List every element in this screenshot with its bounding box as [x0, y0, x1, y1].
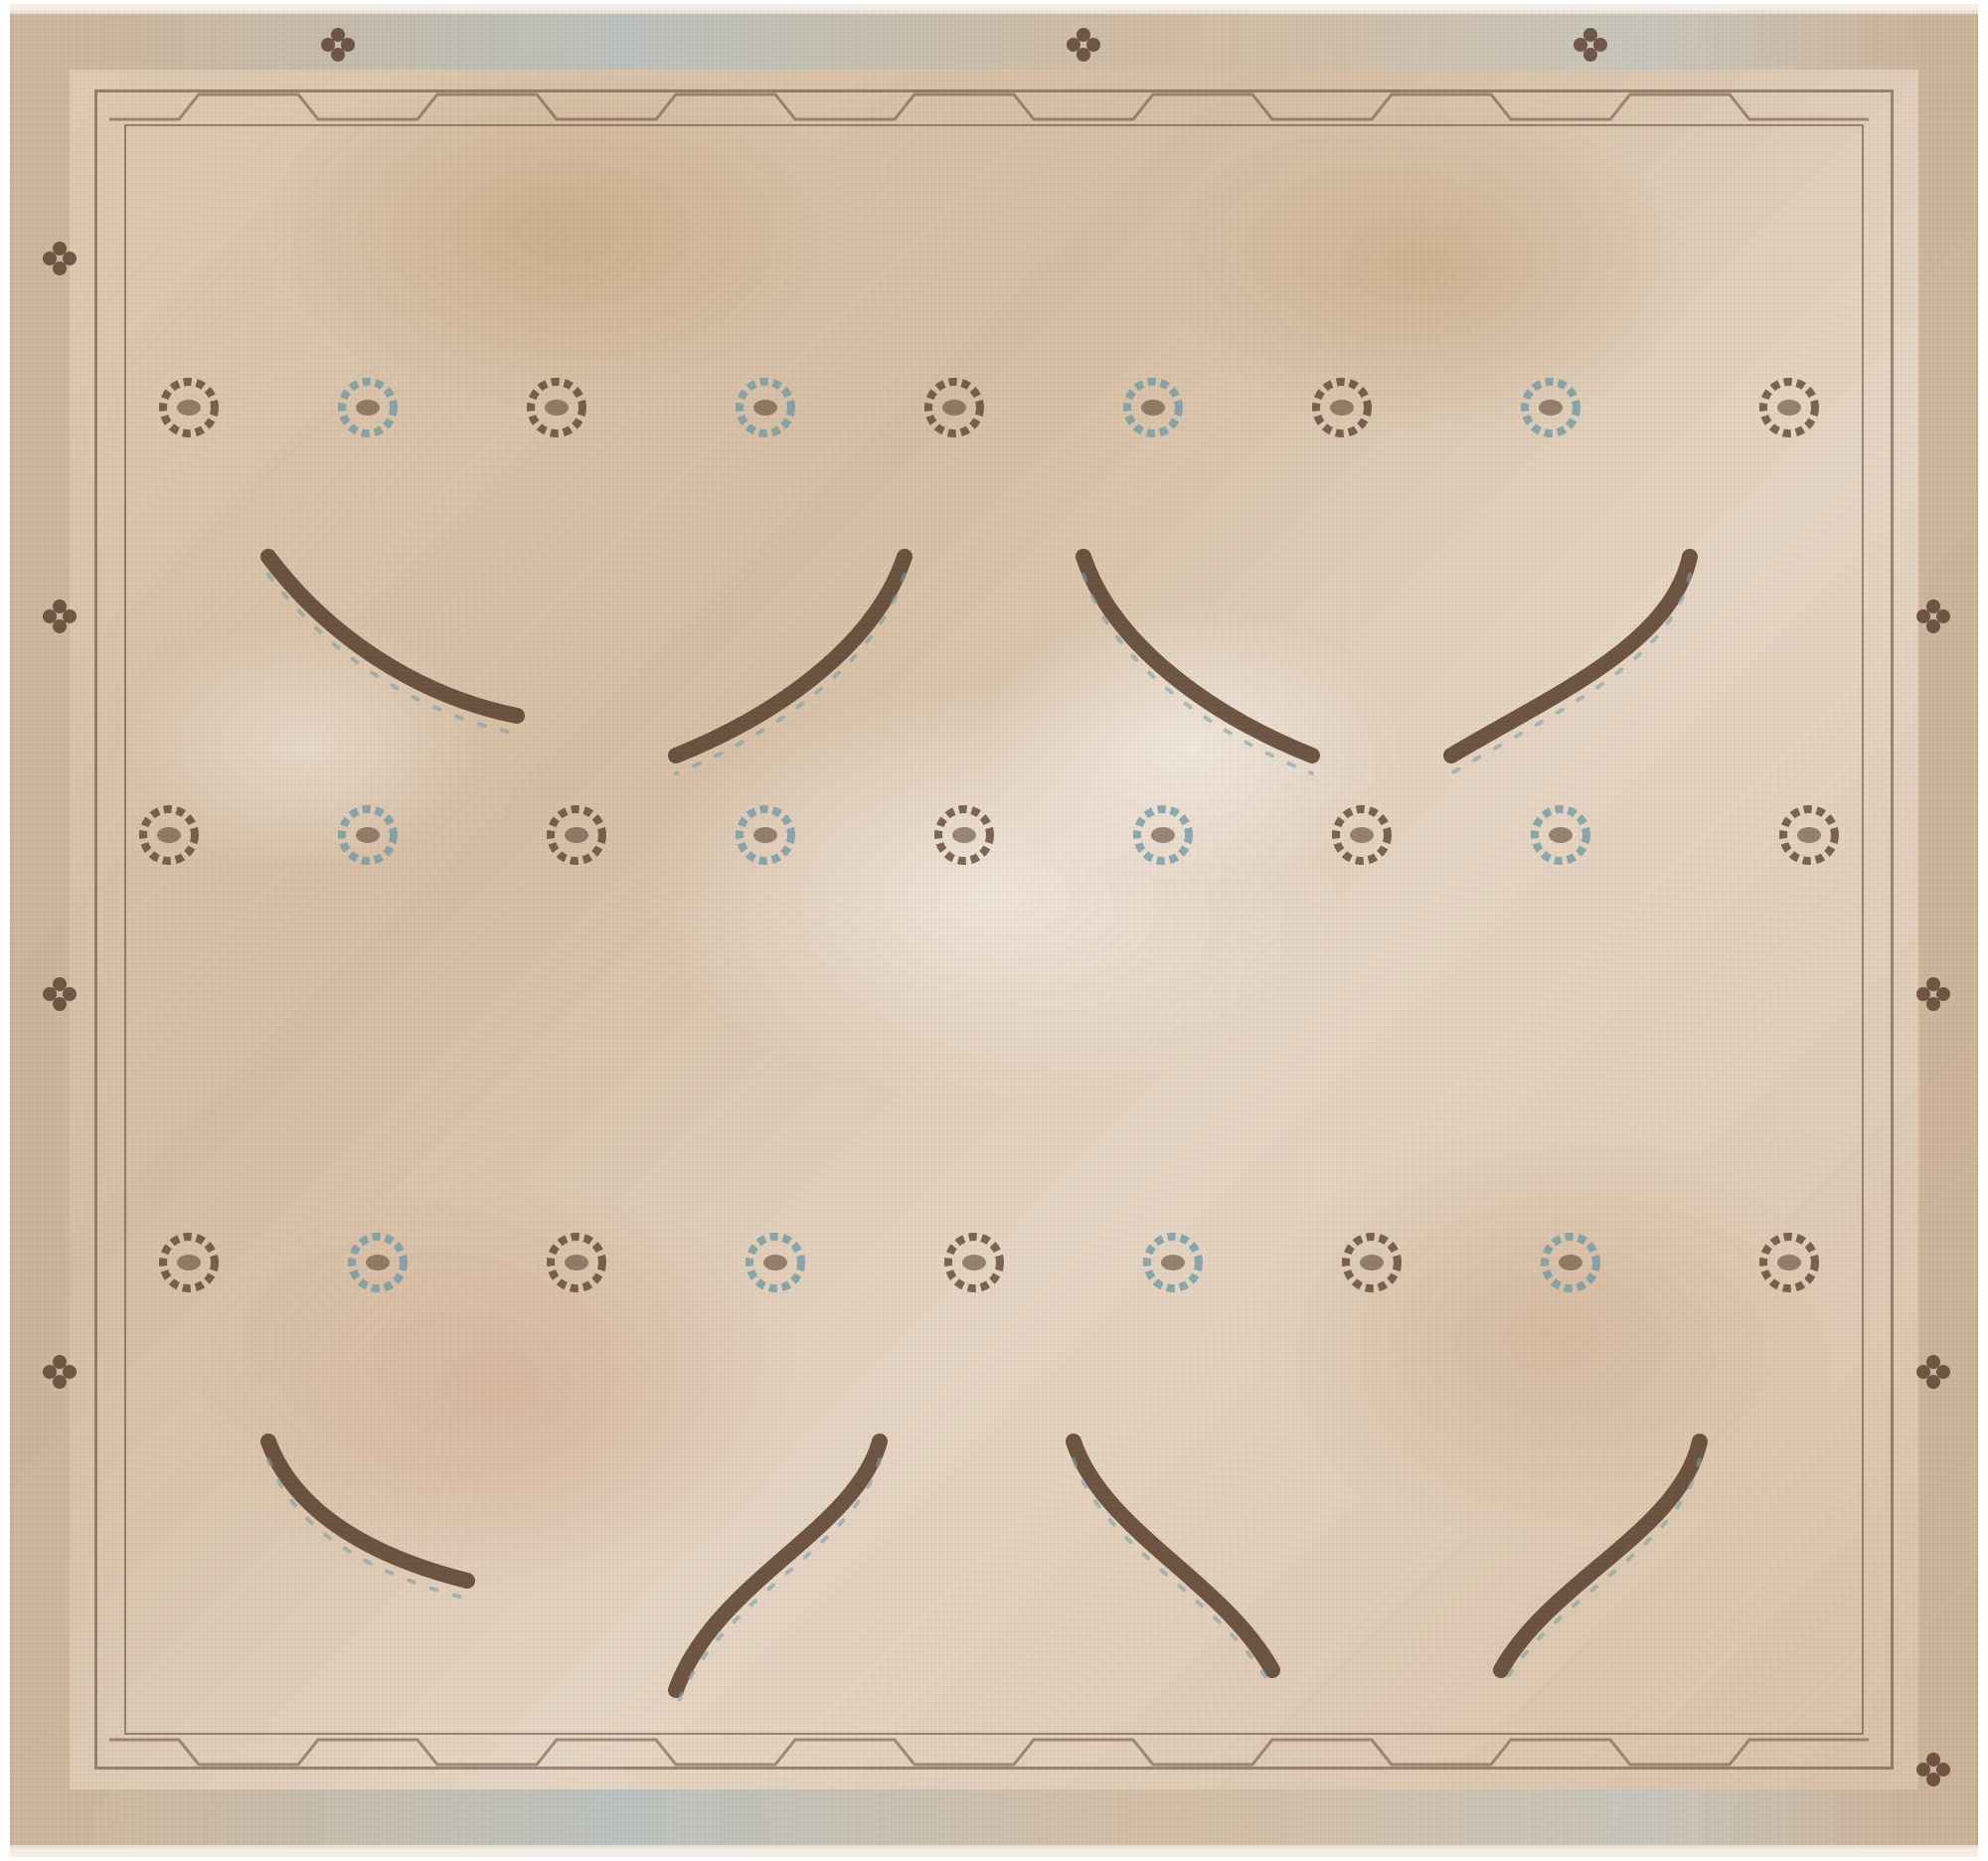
rosette-icon [163, 1237, 215, 1288]
vine-icon [676, 557, 905, 756]
border-flower-icon [43, 242, 77, 275]
vine-icon [1451, 557, 1690, 756]
border-flower-icon [321, 28, 355, 62]
rosette-icon [531, 382, 582, 433]
rosette-icon [1316, 382, 1368, 433]
fringe-bottom [10, 1845, 1978, 1857]
border-flower-icon [1067, 28, 1100, 62]
vine-icon [1074, 1441, 1272, 1670]
rosette-icon [1336, 809, 1388, 861]
rosette-icon [1147, 1237, 1199, 1288]
vine-icon [1083, 557, 1312, 756]
rosette-icon [342, 809, 394, 861]
rosette-icon [1525, 382, 1576, 433]
rosette-icon [143, 809, 195, 861]
border-flower-icon [43, 977, 77, 1011]
border-flower-icon [43, 1355, 77, 1389]
border-flower-icon [1916, 977, 1950, 1011]
border-flower-icon [1916, 1355, 1950, 1389]
zigzag-border-top [109, 94, 1869, 119]
rosette-icon [352, 1237, 404, 1288]
rosette-icon [1545, 1237, 1596, 1288]
rosette-icon [749, 1237, 801, 1288]
rosette-icon [1783, 809, 1835, 861]
rosette-icon [163, 382, 215, 433]
rosette-icon [928, 382, 980, 433]
rosette-icon [740, 809, 791, 861]
vine-icon [1501, 1441, 1700, 1670]
rosette-icon [1763, 382, 1815, 433]
rosette-icon [948, 1237, 1000, 1288]
rosette-motifs [143, 382, 1835, 1288]
rosette-icon [1346, 1237, 1398, 1288]
vine-icon [268, 557, 517, 716]
rug-motifs [0, 0, 1988, 1861]
vine-motifs [268, 557, 1700, 1708]
rosette-icon [551, 809, 602, 861]
rosette-icon [1535, 809, 1586, 861]
border-flower-icon [1574, 28, 1607, 62]
border-flower-icon [1916, 1753, 1950, 1786]
rosette-icon [551, 1237, 602, 1288]
rosette-icon [342, 382, 394, 433]
zigzag-border-bottom [109, 1740, 1869, 1765]
rosette-icon [1763, 1237, 1815, 1288]
border-flower-icon [1916, 599, 1950, 633]
rosette-icon [740, 382, 791, 433]
rosette-icon [1137, 809, 1189, 861]
rosette-icon [1127, 382, 1179, 433]
border-flower-icon [43, 599, 77, 633]
rosette-icon [938, 809, 990, 861]
fringe-top [10, 4, 1978, 14]
